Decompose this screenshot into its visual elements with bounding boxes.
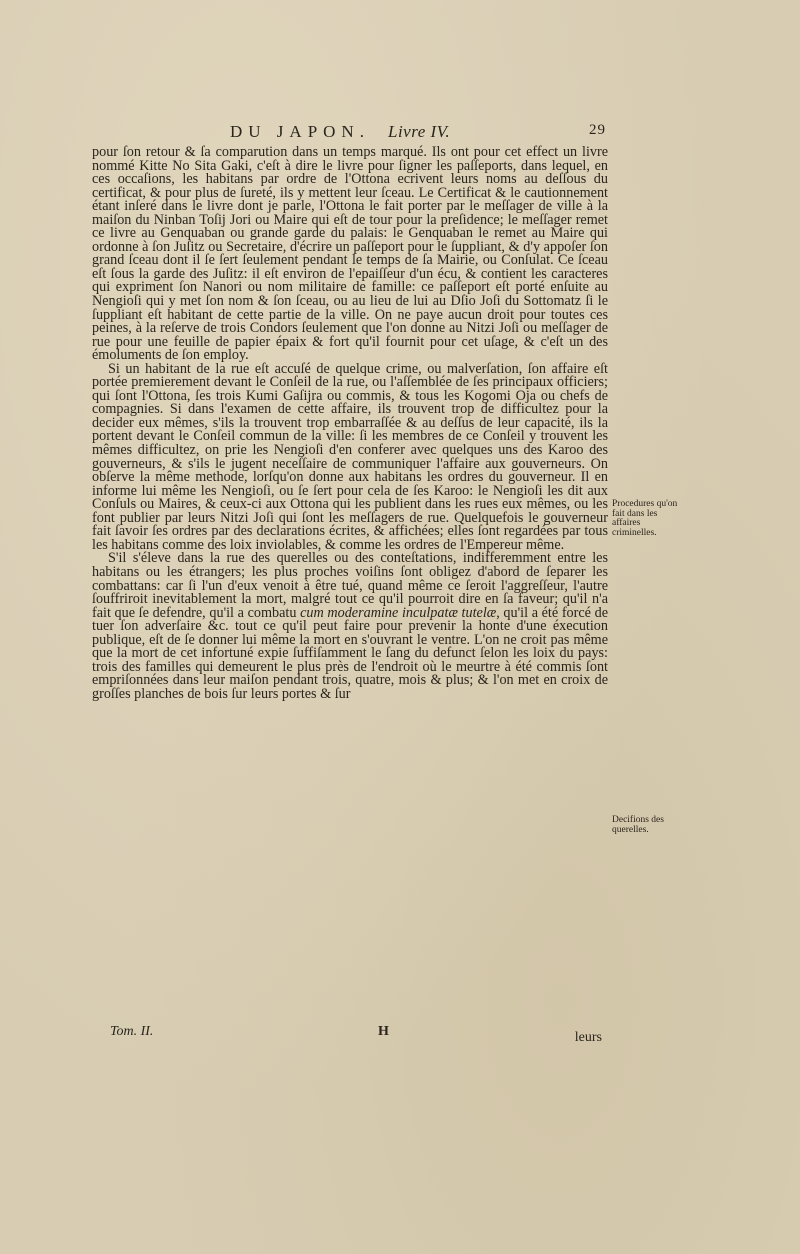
body-text: pour ſon retour & ſa comparution dans un… [92, 146, 608, 701]
page-number: 29 [589, 122, 606, 139]
running-title: DU JAPON. [230, 122, 370, 142]
paragraph-passports: pour ſon retour & ſa comparution dans un… [92, 146, 608, 363]
paragraph-criminal-procedures: Si un habitant de la rue eſt accuſé de q… [92, 363, 608, 553]
book-page: DU JAPON. Livre IV. 29 pour ſon retour &… [0, 0, 800, 1254]
book-label: Livre IV. [388, 122, 450, 142]
margin-note-quarrels: Decifions des querelles. [612, 816, 682, 835]
running-header: DU JAPON. Livre IV. 29 [92, 122, 608, 144]
quarrels-text-b: , qu'il a été forcé de tuer ſon adverſai… [92, 605, 608, 702]
margin-note-procedures: Procedures qu'on fait dans les affaires … [612, 500, 682, 538]
paragraph-quarrels: S'il s'éleve dans la rue des querelles o… [92, 552, 608, 701]
signature-mark: H [378, 1024, 389, 1040]
volume-label: Tom. II. [110, 1024, 153, 1040]
page-footer: Tom. II. H leurs [92, 1024, 608, 1044]
catchword: leurs [575, 1030, 602, 1046]
